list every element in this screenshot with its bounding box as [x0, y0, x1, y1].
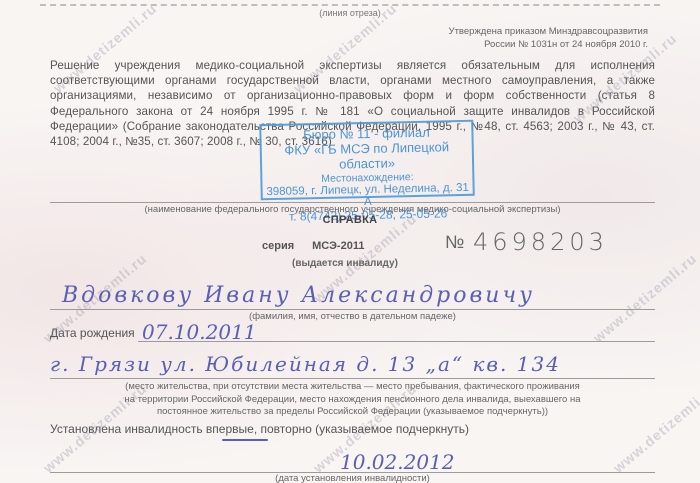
disability-label: Установлена инвалидность: [50, 422, 203, 436]
document-page: www.detizemli.ru www.detizemli.ru www.de…: [0, 0, 700, 483]
cut-line: [40, 4, 660, 6]
series-label: серия: [262, 240, 294, 252]
certificate-number: 4698203: [473, 228, 608, 256]
certificate-title: СПРАВКА: [0, 214, 700, 226]
name-line: [50, 309, 655, 310]
approval-note: Утверждена приказом Минздравсоцразвития …: [449, 25, 648, 51]
series-value: МСЭ-2011: [312, 240, 364, 252]
approval-line-1: Утверждена приказом Минздравсоцразвития: [449, 25, 648, 38]
issued-to-note: (выдается инвалиду): [292, 258, 398, 269]
address-caption-3: постоянное жительство за пределы Российс…: [50, 406, 655, 419]
name-caption: (фамилия, имя, отчество в дательном паде…: [50, 311, 655, 322]
disability-other-option: , повторно (указываемое подчеркнуть): [254, 422, 469, 436]
dob-label: Дата рождения: [50, 326, 135, 340]
disability-status: Установлена инвалидность впервые, повтор…: [50, 422, 469, 436]
disability-first-option: впервые: [206, 422, 254, 436]
number-sign: №: [445, 232, 464, 253]
stamp-line-2: ФКУ «ГБ МСЭ по Липецкой области»: [262, 139, 473, 173]
address-caption-2: на территории Российской Федерации, мест…: [50, 394, 655, 407]
approval-line-2: России № 1031н от 24 ноября 2010 г.: [449, 38, 648, 51]
dob-line: [138, 341, 655, 342]
recipient-name-handwritten: Вдовкову Ивану Александровичу: [62, 283, 535, 308]
underline-mark: [222, 439, 268, 441]
address-caption-1: (место жительства, при отсутствии места …: [50, 381, 655, 394]
established-date-handwritten: 10.02.2012: [340, 450, 455, 474]
address-caption: (место жительства, при отсутствии места …: [50, 381, 655, 419]
watermark: www.detizemli.ru: [590, 250, 700, 346]
address-handwritten: г. Грязи ул. Юбилейная д. 13 „а“ кв. 134: [50, 352, 561, 376]
established-date-caption: (дата установления инвалидности): [50, 473, 655, 483]
address-line: [50, 378, 655, 379]
certificate-series: серияМСЭ-2011: [262, 240, 364, 252]
cut-line-label: (линия отреза): [0, 8, 700, 18]
institution-stamp: Бюро № 11 - филиал ФКУ «ГБ МСЭ по Липецк…: [259, 120, 475, 200]
